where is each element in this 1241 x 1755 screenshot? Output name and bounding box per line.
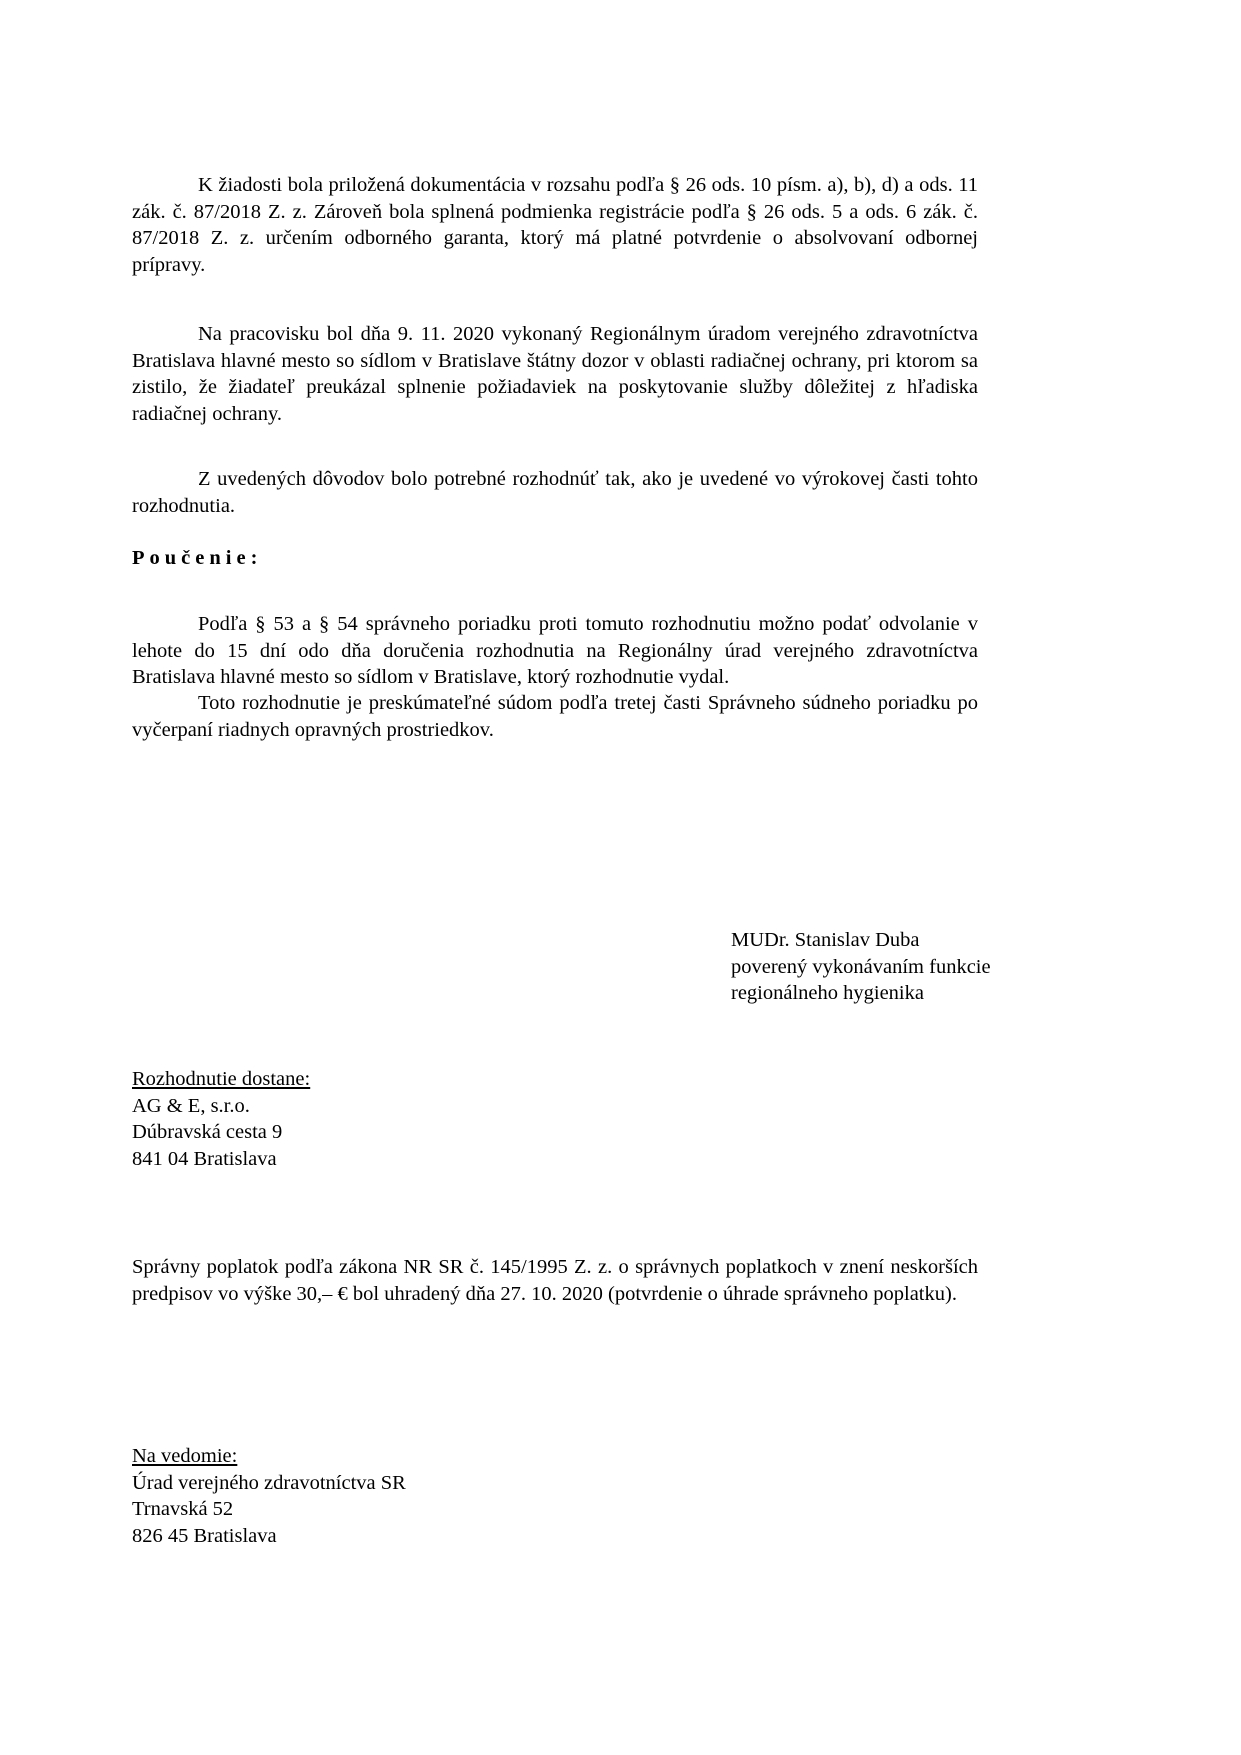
paragraph-court-review-text: Toto rozhodnutie je preskúmateľné súdom …	[132, 692, 978, 741]
paragraph-inspection-text: Na pracovisku bol dňa 9. 11. 2020 vykona…	[132, 323, 978, 425]
copy-to-city: 826 45 Bratislava	[132, 1523, 406, 1550]
recipient-city: 841 04 Bratislava	[132, 1146, 310, 1173]
recipient-street: Dúbravská cesta 9	[132, 1119, 310, 1146]
paragraph-appeal-text: Podľa § 53 a § 54 správneho poriadku pro…	[132, 613, 978, 688]
copy-to-street: Trnavská 52	[132, 1496, 406, 1523]
paragraph-reasons: Z uvedených dôvodov bolo potrebné rozhod…	[132, 466, 978, 519]
paragraph-inspection: Na pracovisku bol dňa 9. 11. 2020 vykona…	[132, 321, 978, 427]
copy-to-label: Na vedomie:	[132, 1443, 406, 1470]
copy-to-block: Na vedomie: Úrad verejného zdravotníctva…	[132, 1443, 406, 1549]
recipient-label: Rozhodnutie dostane:	[132, 1066, 310, 1093]
paragraph-appeal: Podľa § 53 a § 54 správneho poriadku pro…	[132, 611, 978, 691]
paragraph-documentation: K žiadosti bola priložená dokumentácia v…	[132, 172, 978, 278]
paragraph-court-review: Toto rozhodnutie je preskúmateľné súdom …	[132, 690, 978, 743]
instruction-heading: Poučenie:	[132, 545, 262, 572]
signatory-role-line2: regionálneho hygienika	[731, 980, 991, 1007]
signatory-name: MUDr. Stanislav Duba	[731, 927, 991, 954]
recipient-company: AG & E, s.r.o.	[132, 1093, 310, 1120]
paragraph-reasons-text: Z uvedených dôvodov bolo potrebné rozhod…	[132, 468, 978, 517]
paragraph-documentation-text: K žiadosti bola priložená dokumentácia v…	[132, 174, 978, 276]
signature-block: MUDr. Stanislav Duba poverený vykonávaní…	[731, 927, 991, 1007]
copy-to-office: Úrad verejného zdravotníctva SR	[132, 1470, 406, 1497]
recipient-block: Rozhodnutie dostane: AG & E, s.r.o. Dúbr…	[132, 1066, 310, 1172]
fee-note: Správny poplatok podľa zákona NR SR č. 1…	[132, 1254, 978, 1307]
signatory-role-line1: poverený vykonávaním funkcie	[731, 954, 991, 981]
